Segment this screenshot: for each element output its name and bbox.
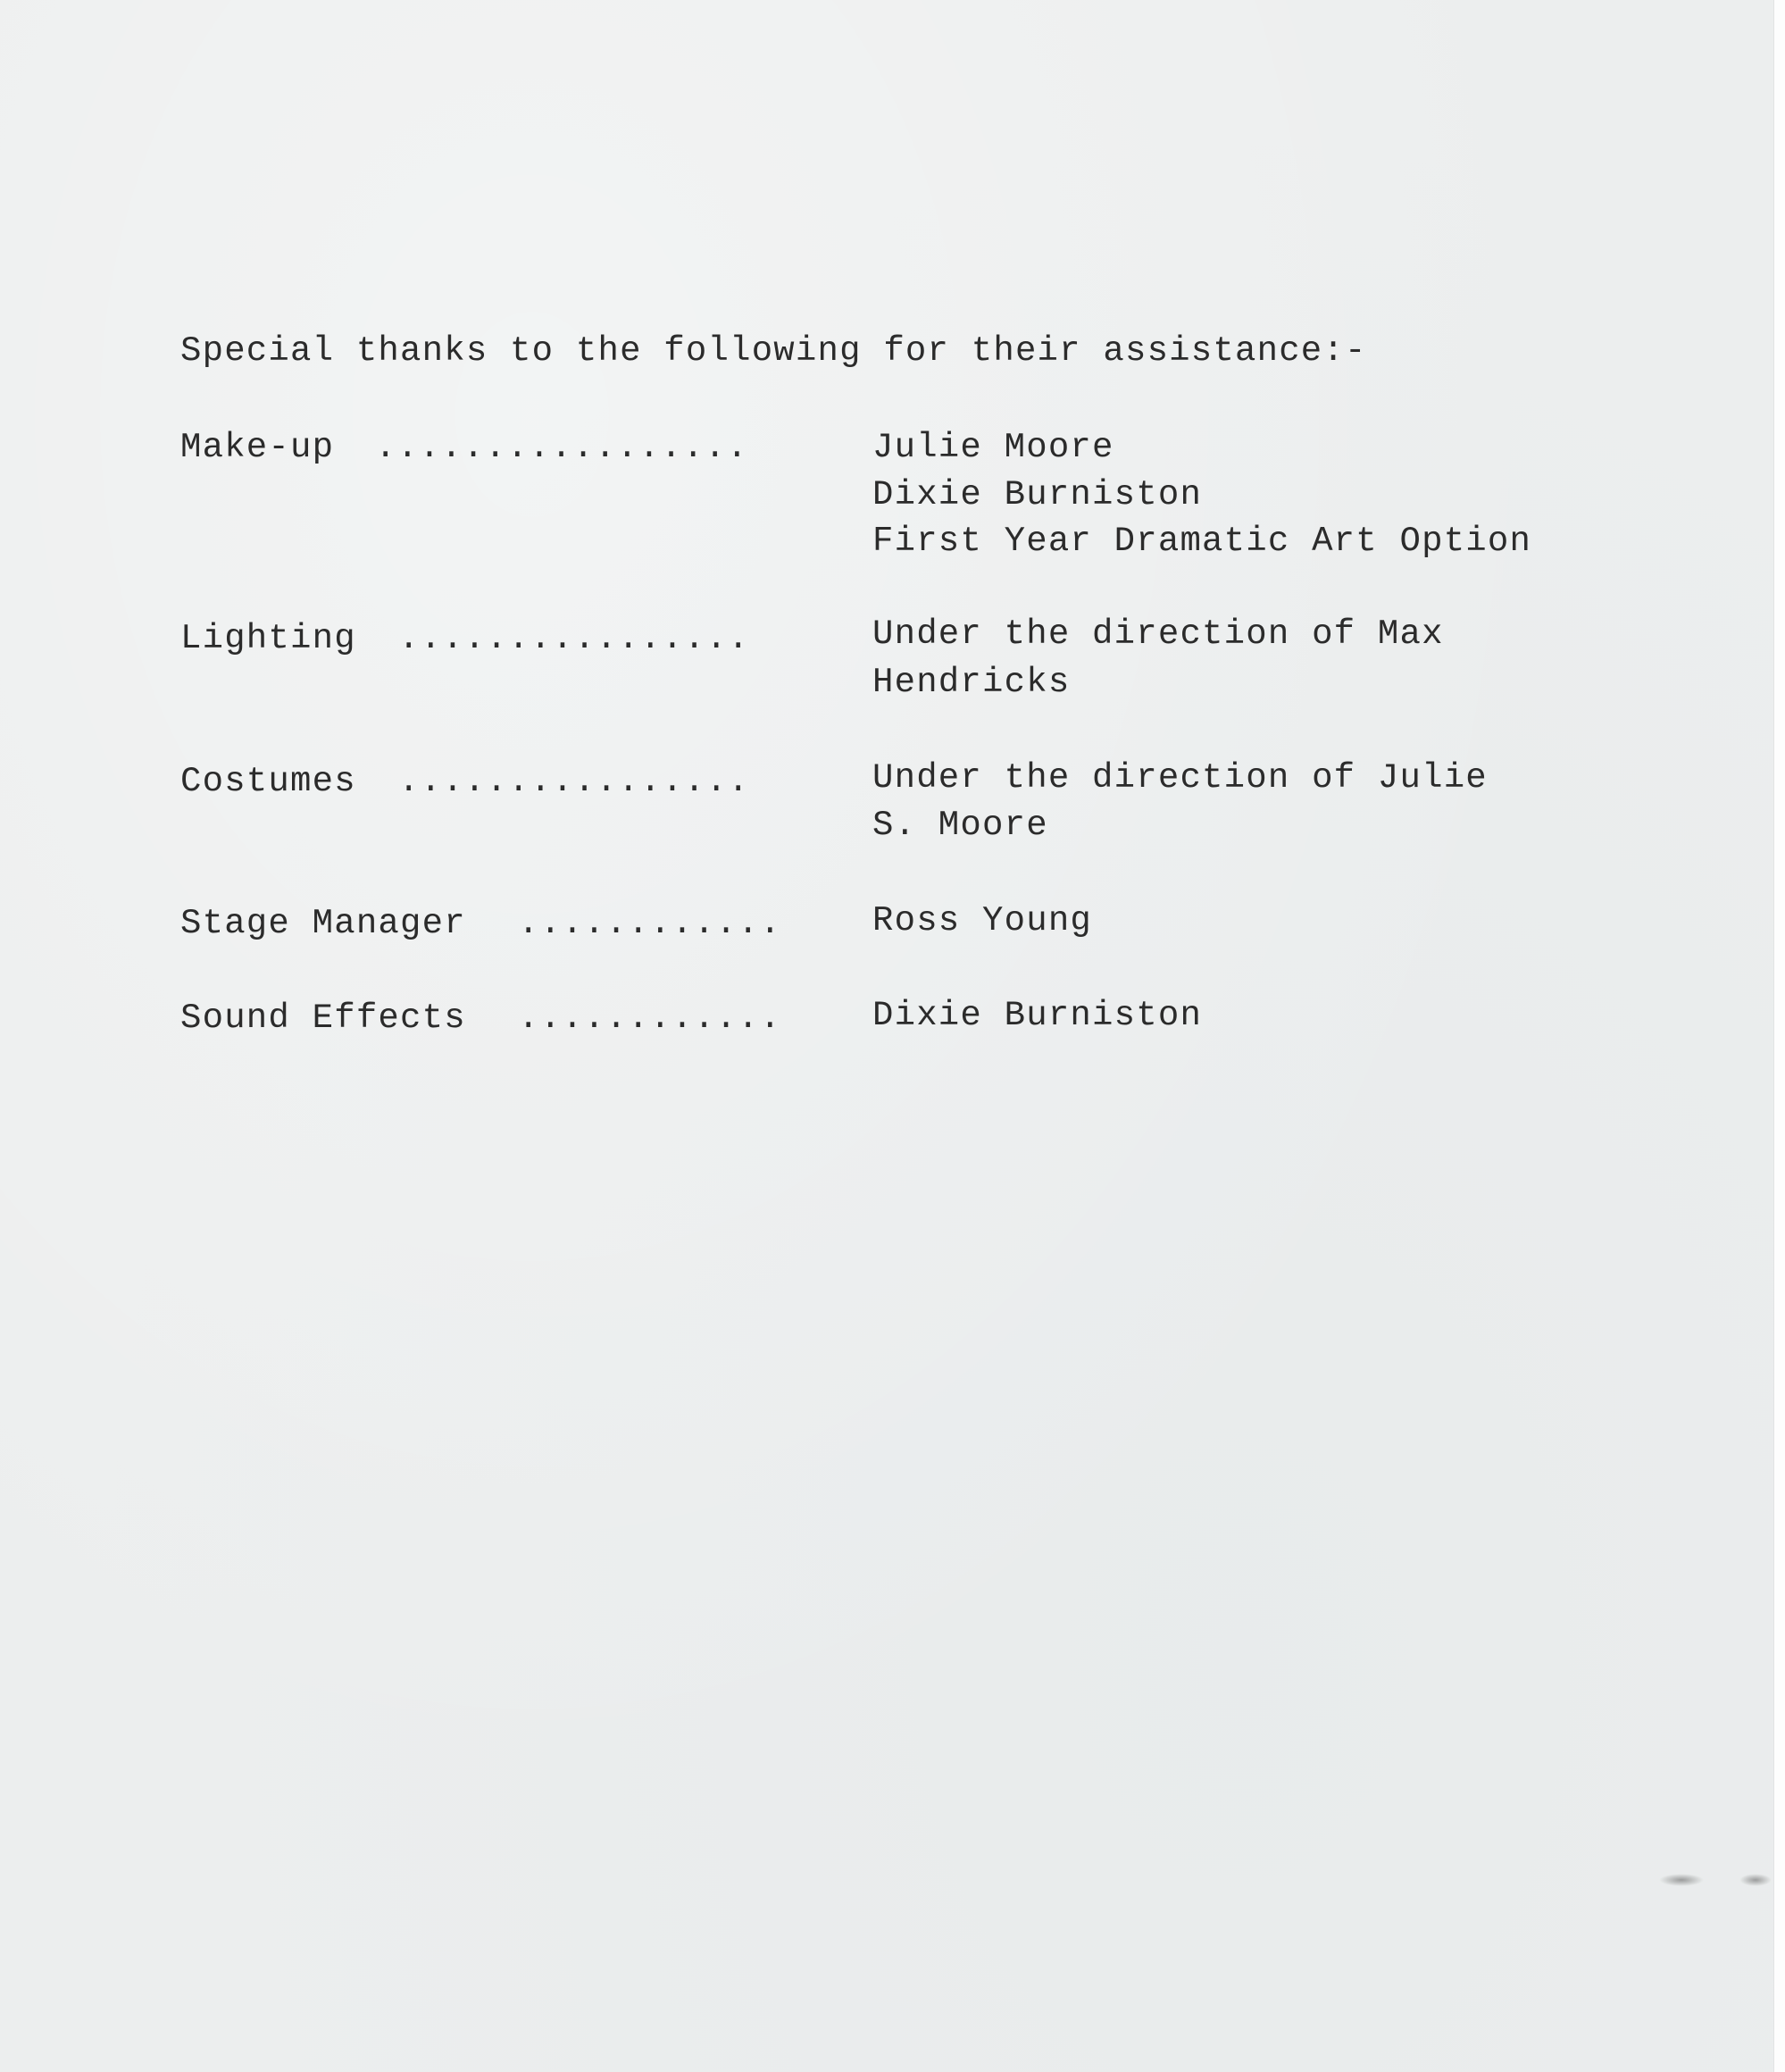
typed-page: Special thanks to the following for thei…: [0, 0, 1774, 2072]
ink-smudge: [1739, 1874, 1772, 1886]
credit-name: Ross Young: [872, 904, 1092, 939]
credit-role: Make-up: [180, 430, 334, 465]
credit-role: Lighting: [180, 622, 356, 656]
credit-name: Julie Moore: [872, 430, 1114, 465]
dot-leader: ............: [518, 906, 781, 941]
credit-name: Dixie Burniston: [872, 998, 1202, 1033]
dot-leader: ............: [518, 1001, 781, 1036]
credit-name: First Year Dramatic Art Option: [872, 524, 1531, 559]
dot-leader: ................: [398, 622, 750, 656]
credit-name: Dixie Burniston: [872, 478, 1202, 513]
credit-role: Stage Manager: [180, 906, 466, 941]
dot-leader: .................: [375, 430, 748, 465]
dot-leader: ................: [398, 764, 750, 799]
acknowledgement-heading: Special thanks to the following for thei…: [180, 334, 1367, 369]
credit-name: Hendricks: [872, 665, 1070, 700]
credit-role: Costumes: [180, 764, 356, 799]
ink-smudge: [1659, 1874, 1704, 1886]
credit-name: Under the direction of Julie: [872, 761, 1488, 796]
credit-name: S. Moore: [872, 808, 1048, 843]
credit-role: Sound Effects: [180, 1001, 466, 1036]
credit-name: Under the direction of Max: [872, 617, 1444, 652]
